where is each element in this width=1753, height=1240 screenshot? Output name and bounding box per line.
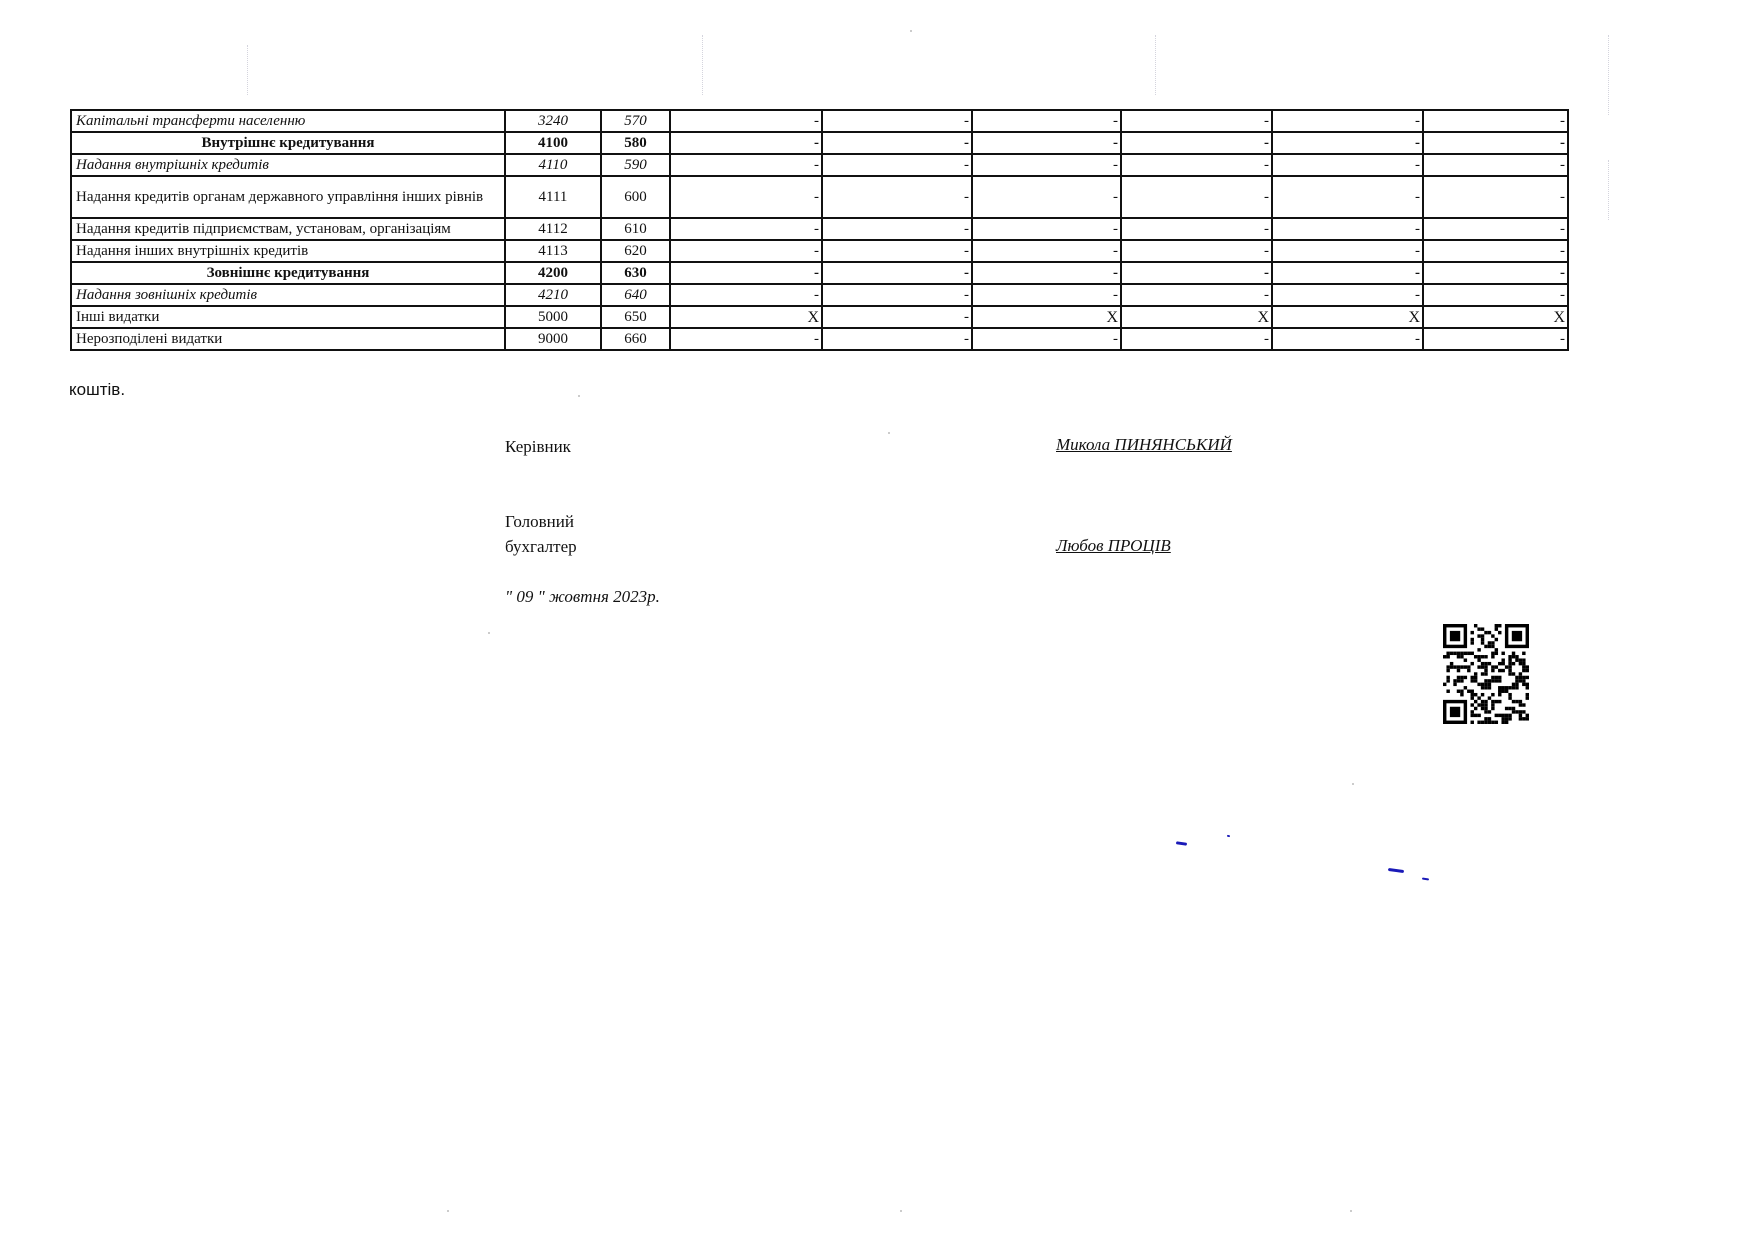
row-value: - bbox=[1423, 218, 1568, 240]
row-value: - bbox=[1121, 176, 1272, 218]
row-name: Капітальні трансферти населенню bbox=[71, 110, 505, 132]
scan-speck bbox=[447, 1210, 449, 1212]
footnote-text: коштів. bbox=[69, 380, 125, 400]
accountant-name: Любов ПРОЦІВ bbox=[1056, 533, 1171, 558]
row-code: 3240 bbox=[505, 110, 601, 132]
scan-speck bbox=[488, 632, 490, 634]
row-name: Інші видатки bbox=[71, 306, 505, 328]
table-row: Капітальні трансферти населенню3240570--… bbox=[71, 110, 1568, 132]
row-line-number: 580 bbox=[601, 132, 670, 154]
row-value: - bbox=[1423, 132, 1568, 154]
row-value: - bbox=[822, 328, 972, 350]
ink-mark bbox=[1388, 868, 1404, 873]
row-code: 5000 bbox=[505, 306, 601, 328]
row-value: X bbox=[972, 306, 1121, 328]
row-line-number: 660 bbox=[601, 328, 670, 350]
ink-mark bbox=[1227, 835, 1230, 837]
row-value: - bbox=[1272, 132, 1423, 154]
accountant-title-line2: бухгалтер bbox=[505, 534, 577, 559]
scan-artifact bbox=[247, 45, 248, 95]
row-name: Надання інших внутрішніх кредитів bbox=[71, 240, 505, 262]
row-name: Зовнішнє кредитування bbox=[71, 262, 505, 284]
row-code: 4200 bbox=[505, 262, 601, 284]
row-name: Надання зовнішніх кредитів bbox=[71, 284, 505, 306]
row-value: - bbox=[1272, 154, 1423, 176]
row-line-number: 600 bbox=[601, 176, 670, 218]
row-value: - bbox=[670, 132, 822, 154]
row-line-number: 620 bbox=[601, 240, 670, 262]
row-name: Надання внутрішніх кредитів bbox=[71, 154, 505, 176]
scan-artifact bbox=[1608, 35, 1609, 115]
row-value: - bbox=[1121, 284, 1272, 306]
row-value: - bbox=[1272, 240, 1423, 262]
row-value: - bbox=[1423, 262, 1568, 284]
row-code: 4100 bbox=[505, 132, 601, 154]
row-value: - bbox=[972, 218, 1121, 240]
scan-artifact bbox=[1155, 35, 1156, 95]
row-line-number: 650 bbox=[601, 306, 670, 328]
table-row: Надання зовнішніх кредитів4210640------ bbox=[71, 284, 1568, 306]
row-value: - bbox=[670, 176, 822, 218]
accountant-title-line1: Головний bbox=[505, 509, 577, 534]
row-value: - bbox=[1121, 154, 1272, 176]
row-value: - bbox=[822, 176, 972, 218]
row-code: 4210 bbox=[505, 284, 601, 306]
row-value: - bbox=[972, 262, 1121, 284]
row-value: - bbox=[972, 328, 1121, 350]
row-value: - bbox=[822, 284, 972, 306]
row-value: - bbox=[1423, 176, 1568, 218]
row-value: - bbox=[822, 218, 972, 240]
row-value: - bbox=[822, 110, 972, 132]
row-name: Надання кредитів підприємствам, установа… bbox=[71, 218, 505, 240]
row-value: X bbox=[1272, 306, 1423, 328]
row-line-number: 590 bbox=[601, 154, 670, 176]
row-value: - bbox=[1121, 240, 1272, 262]
row-value: X bbox=[670, 306, 822, 328]
row-name: Нерозподілені видатки bbox=[71, 328, 505, 350]
table-row: Надання кредитів підприємствам, установа… bbox=[71, 218, 1568, 240]
row-value: - bbox=[972, 154, 1121, 176]
scan-speck bbox=[910, 30, 912, 32]
row-value: - bbox=[1423, 284, 1568, 306]
row-value: - bbox=[1121, 328, 1272, 350]
row-value: - bbox=[972, 110, 1121, 132]
scan-speck bbox=[900, 1210, 902, 1212]
ink-mark bbox=[1176, 841, 1187, 846]
row-code: 9000 bbox=[505, 328, 601, 350]
row-value: - bbox=[1121, 110, 1272, 132]
row-value: - bbox=[972, 132, 1121, 154]
row-code: 4113 bbox=[505, 240, 601, 262]
row-value: X bbox=[1121, 306, 1272, 328]
row-value: - bbox=[1121, 218, 1272, 240]
table-row: Надання внутрішніх кредитів4110590------ bbox=[71, 154, 1568, 176]
row-value: - bbox=[1423, 328, 1568, 350]
row-name: Внутрішнє кредитування bbox=[71, 132, 505, 154]
row-value: - bbox=[670, 218, 822, 240]
head-name: Микола ПИНЯНСЬКИЙ bbox=[1056, 432, 1232, 457]
accountant-title: Головний бухгалтер bbox=[505, 509, 577, 559]
document-page: Капітальні трансферти населенню3240570--… bbox=[0, 0, 1753, 1240]
row-line-number: 640 bbox=[601, 284, 670, 306]
scan-speck bbox=[888, 432, 890, 434]
scan-artifact bbox=[1608, 160, 1609, 220]
table-row: Нерозподілені видатки9000660------ bbox=[71, 328, 1568, 350]
row-name: Надання кредитів органам державного упра… bbox=[71, 176, 505, 218]
row-value: - bbox=[822, 262, 972, 284]
row-value: - bbox=[1423, 240, 1568, 262]
scan-speck bbox=[578, 395, 580, 397]
qr-code-icon bbox=[1443, 624, 1529, 724]
row-value: - bbox=[822, 240, 972, 262]
row-value: - bbox=[1121, 262, 1272, 284]
row-value: - bbox=[670, 284, 822, 306]
head-title: Керівник bbox=[505, 434, 571, 459]
scan-artifact bbox=[702, 35, 703, 95]
row-code: 4111 bbox=[505, 176, 601, 218]
row-value: - bbox=[1272, 328, 1423, 350]
document-date: " 09 " жовтня 2023р. bbox=[505, 587, 660, 607]
row-line-number: 570 bbox=[601, 110, 670, 132]
row-value: - bbox=[670, 154, 822, 176]
table-row: Надання кредитів органам державного упра… bbox=[71, 176, 1568, 218]
table-row: Внутрішнє кредитування4100580------ bbox=[71, 132, 1568, 154]
row-value: - bbox=[670, 262, 822, 284]
scan-speck bbox=[1350, 1210, 1352, 1212]
expenditure-table: Капітальні трансферти населенню3240570--… bbox=[70, 109, 1569, 351]
row-value: - bbox=[1121, 132, 1272, 154]
row-value: - bbox=[972, 240, 1121, 262]
row-line-number: 630 bbox=[601, 262, 670, 284]
row-value: - bbox=[670, 328, 822, 350]
row-line-number: 610 bbox=[601, 218, 670, 240]
row-code: 4112 bbox=[505, 218, 601, 240]
row-value: - bbox=[1423, 154, 1568, 176]
table-row: Інші видатки5000650X-XXXX bbox=[71, 306, 1568, 328]
row-value: - bbox=[1423, 110, 1568, 132]
row-value: - bbox=[822, 306, 972, 328]
table-row: Надання інших внутрішніх кредитів4113620… bbox=[71, 240, 1568, 262]
row-value: - bbox=[1272, 110, 1423, 132]
row-value: - bbox=[1272, 176, 1423, 218]
row-value: - bbox=[972, 284, 1121, 306]
row-code: 4110 bbox=[505, 154, 601, 176]
row-value: - bbox=[972, 176, 1121, 218]
row-value: - bbox=[822, 154, 972, 176]
table-row: Зовнішнє кредитування4200630------ bbox=[71, 262, 1568, 284]
row-value: - bbox=[822, 132, 972, 154]
row-value: - bbox=[1272, 284, 1423, 306]
row-value: - bbox=[670, 110, 822, 132]
scan-speck bbox=[1352, 783, 1354, 785]
row-value: - bbox=[1272, 262, 1423, 284]
row-value: - bbox=[1272, 218, 1423, 240]
ink-mark bbox=[1422, 878, 1429, 881]
row-value: X bbox=[1423, 306, 1568, 328]
row-value: - bbox=[670, 240, 822, 262]
